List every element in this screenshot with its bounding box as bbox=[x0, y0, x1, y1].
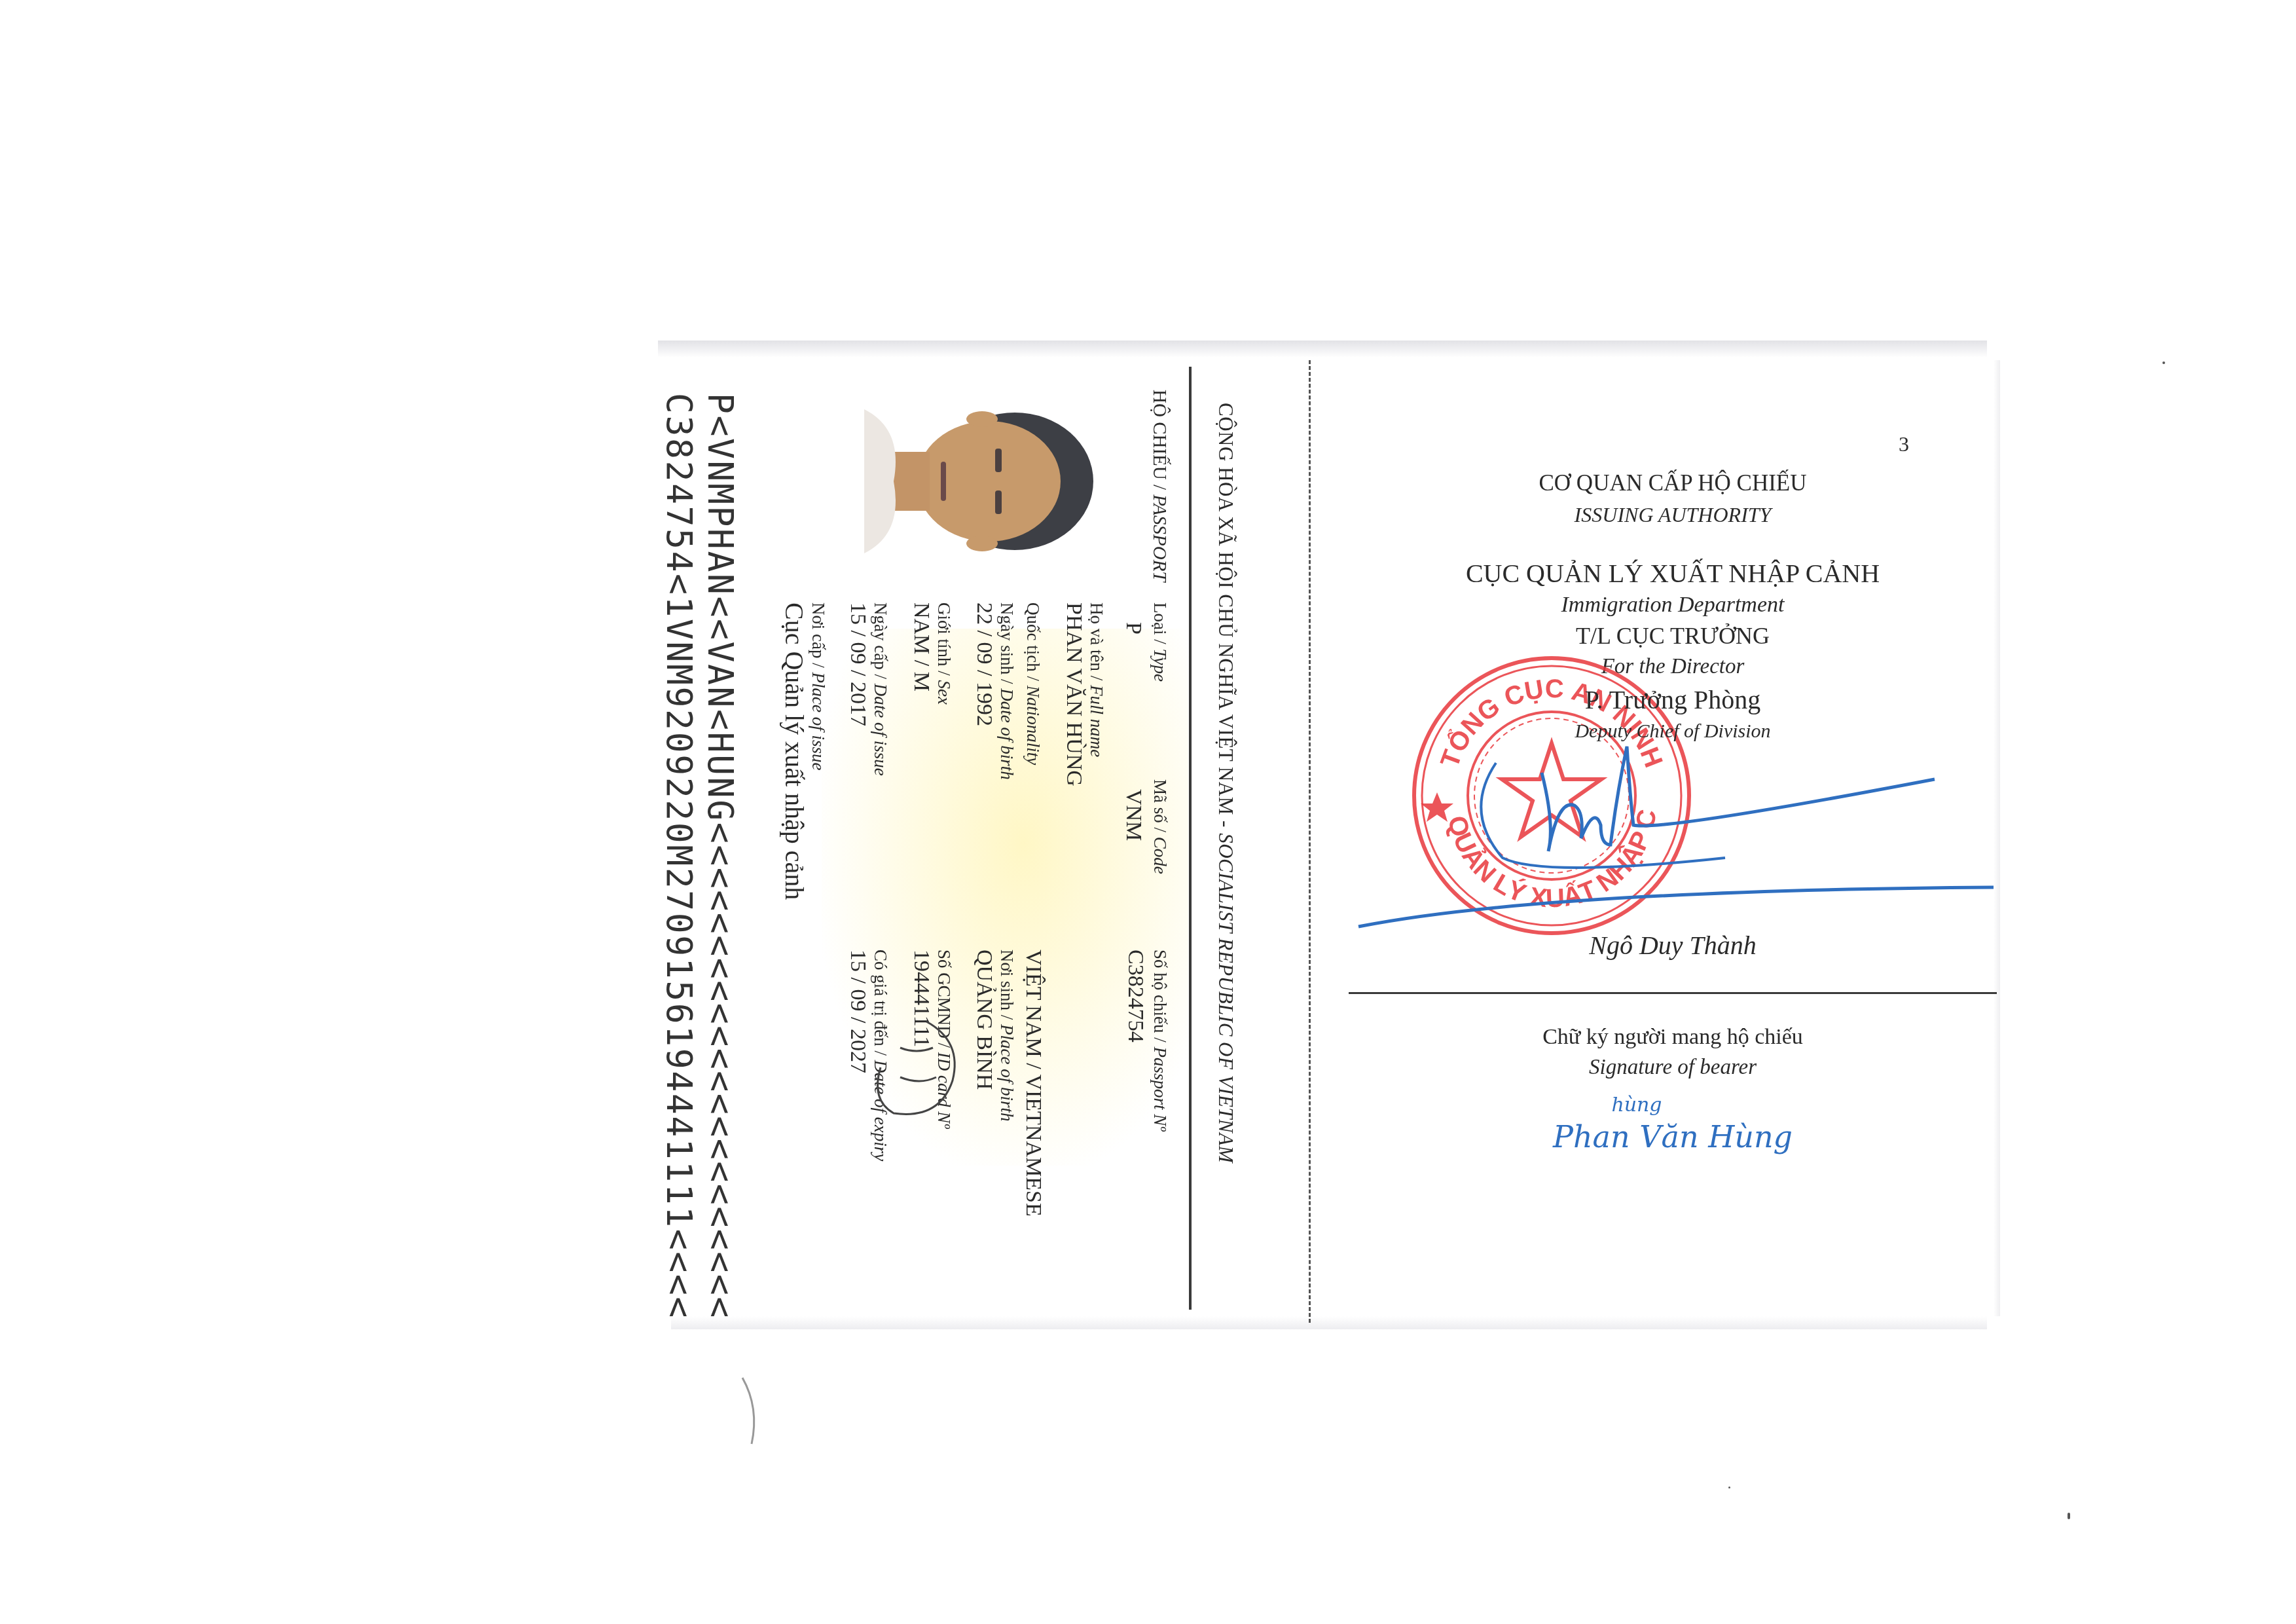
sex-value: NAM / M bbox=[909, 602, 934, 692]
sex-label: Giới tính / Sex bbox=[934, 602, 954, 705]
scan-speck bbox=[2162, 361, 2165, 364]
title-en: Deputy Chief of Division bbox=[1345, 720, 2000, 743]
department-en: Immigration Department bbox=[1345, 593, 2000, 618]
bearer-signature: hùng Phan Văn Hùng bbox=[1345, 1094, 2000, 1154]
passport-no-value: C3824754 bbox=[1123, 950, 1148, 1043]
bearer-signature-label-vi: Chữ ký người mang hộ chiếu bbox=[1345, 1025, 2000, 1050]
passport-spread: CỘNG HÒA XÃ HỘI CHỦ NGHĨA VIỆT NAM - SOC… bbox=[651, 341, 2000, 1329]
full-name-label: Họ và tên / Full name bbox=[1086, 602, 1106, 757]
authority-label-en: ISSUING AUTHORITY bbox=[1345, 503, 2000, 527]
country-header: CỘNG HÒA XÃ HỘI CHỦ NGHĨA VIỆT NAM - SOC… bbox=[1214, 403, 1237, 1163]
scan-speck bbox=[1728, 1486, 1730, 1488]
scan-artifact-arc bbox=[740, 1375, 766, 1447]
dob-label: Ngày sinh / Date of birth bbox=[996, 602, 1017, 780]
place-of-issue-label: Nơi cấp / Place of issue bbox=[808, 602, 828, 770]
header-divider bbox=[1189, 367, 1192, 1310]
dob-value: 22 / 09 / 1992 bbox=[972, 602, 996, 726]
passport-no-label: Số hộ chiếu / Passport Nº bbox=[1150, 950, 1170, 1132]
page-number: 3 bbox=[1899, 432, 1909, 456]
issuing-authority-page: 3 CƠ QUAN CẤP HỘ CHIẾU ISSUING AUTHORITY… bbox=[1345, 354, 2000, 1316]
page-bottom-shadow bbox=[671, 1316, 1987, 1329]
date-of-expiry-value: 15 / 09 / 2027 bbox=[845, 950, 870, 1073]
data-page-content: CỘNG HÒA XÃ HỘI CHỦ NGHĨA VIỆT NAM - SOC… bbox=[651, 354, 1254, 1316]
on-behalf-vi: T/L CỤC TRƯỞNG bbox=[1345, 622, 2000, 650]
page-fold-line bbox=[1309, 360, 1311, 1323]
embossed-seal-mark bbox=[867, 1015, 966, 1126]
document-type-label: HỘ CHIẾU / PASSPORT bbox=[1148, 390, 1170, 582]
nationality-value: VIỆT NAM / VIETNAMESE bbox=[1021, 950, 1046, 1217]
mrz-line-2: C3824754<1VNM9209220M2709156194441111<<<… bbox=[659, 393, 699, 1316]
bearer-signature-initials: hùng bbox=[1273, 1094, 2000, 1116]
bearer-signature-name: Phan Văn Hùng bbox=[1345, 1119, 2000, 1154]
place-of-birth-value: QUẢNG BÌNH bbox=[972, 950, 996, 1090]
date-of-issue-value: 15 / 09 / 2017 bbox=[845, 602, 870, 726]
type-label: Loại / Type bbox=[1150, 602, 1170, 682]
code-label: Mã số / Code bbox=[1150, 779, 1170, 874]
scan-speck bbox=[2068, 1513, 2070, 1519]
officer-name: Ngô Duy Thành bbox=[1345, 930, 2000, 961]
country-name-vi: CỘNG HÒA XÃ HỘI CHỦ NGHĨA VIỆT NAM - bbox=[1214, 403, 1237, 833]
signature-divider bbox=[1349, 992, 1997, 994]
department-vi: CỤC QUẢN LÝ XUẤT NHẬP CẢNH bbox=[1345, 558, 2000, 589]
type-value: P bbox=[1121, 622, 1146, 635]
code-value: VNM bbox=[1121, 789, 1146, 841]
mrz-line-1: P<VNMPHAN<<VAN<HUNG<<<<<<<<<<<<<<<<<<<<<… bbox=[700, 393, 740, 1316]
bearer-signature-label-en: Signature of bearer bbox=[1345, 1056, 2000, 1080]
authority-label-vi: CƠ QUAN CẤP HỘ CHIẾU bbox=[1345, 470, 2000, 496]
place-of-birth-label: Nơi sinh / Place of birth bbox=[996, 950, 1017, 1122]
nationality-label: Quốc tịch / Nationality bbox=[1023, 602, 1043, 765]
passport-data-page: CỘNG HÒA XÃ HỘI CHỦ NGHĨA VIỆT NAM - SOC… bbox=[651, 354, 1254, 1316]
date-of-issue-label: Ngày cấp / Date of issue bbox=[870, 602, 890, 776]
holder-photo bbox=[864, 390, 1113, 573]
title-vi: P. Trưởng Phòng bbox=[1345, 684, 2000, 715]
place-of-issue-value: Cục Quản lý xuất nhập cảnh bbox=[779, 602, 810, 900]
country-name-en: SOCIALIST REPUBLIC OF VIETNAM bbox=[1214, 833, 1237, 1163]
full-name-value: PHAN VĂN HÙNG bbox=[1061, 602, 1086, 786]
